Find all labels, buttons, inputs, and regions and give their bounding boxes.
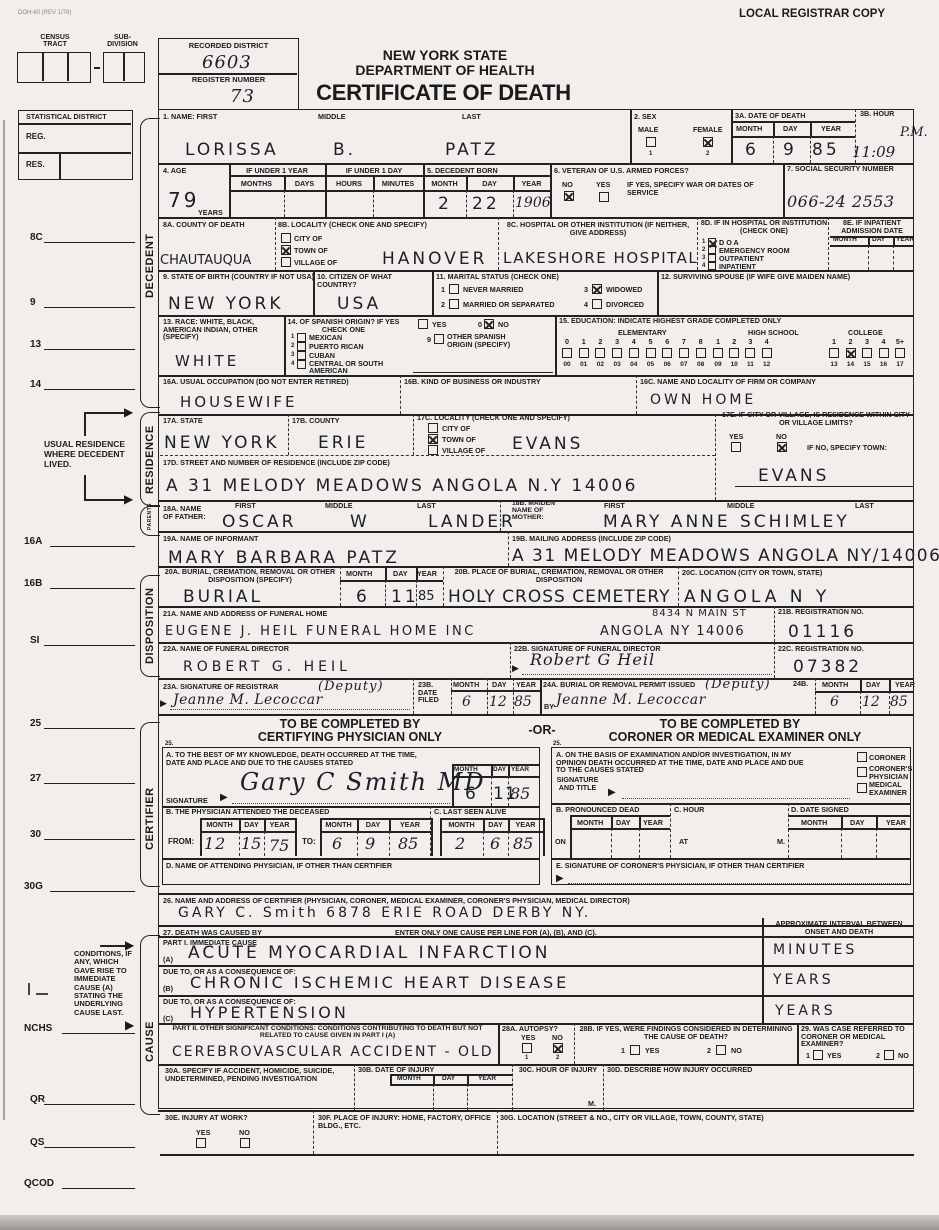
father-first[interactable]: OSCAR [222,512,296,532]
education-grade-checkbox[interactable] [662,348,672,358]
injury-description-label: 30D. DESCRIBE HOW INJURY OCCURRED [607,1066,752,1074]
education-grade-checkbox[interactable] [895,348,905,358]
pronounced-dead-label: B. PRONOUNCED DEAD [556,806,639,814]
margin-code-line[interactable] [44,242,135,243]
date-signed-label: D. DATE SIGNED [791,806,849,814]
cause-b-value[interactable]: CHRONIC ISCHEMIC HEART DISEASE [190,973,569,992]
hospital-value[interactable]: LAKESHORE HOSPITAL [503,249,698,267]
res-state-label: 17A. STATE [163,417,203,425]
coroner-physician-sig-label: E. SIGNATURE OF CORONER'S PHYSICIAN, IF … [556,862,804,870]
margin-code-label: NCHS [24,1023,52,1034]
sex-label: 2. SEX [634,113,656,121]
margin-code-line[interactable] [44,1104,135,1105]
education-grade-checkbox[interactable] [679,348,689,358]
margin-code-label: 9 [30,297,36,308]
margin-code-line[interactable] [62,1033,135,1034]
funeral-home-name[interactable]: EUGENE J. HEIL FUNERAL HOME INC [165,624,476,639]
locality-town-checkbox[interactable] [281,245,291,255]
education-grade-code: 08 [693,362,709,369]
education-grade-number: 4 [876,338,892,346]
agency-line1: NEW YORK STATE [300,48,590,62]
spanish-option-number: 1 [291,334,294,340]
education-grade-checkbox[interactable] [713,348,723,358]
margin-code-line[interactable] [44,1147,135,1148]
attended-to-day-header: DAY [357,821,389,829]
born-label: 5. DECEDENT BORN [427,167,498,175]
attended-from-day-header: DAY [239,821,264,829]
disposition-location[interactable]: ANGOLA N Y [684,587,830,607]
attended-label: B. THE PHYSICIAN ATTENDED THE DECEASED [166,808,329,816]
last-seen-day[interactable]: 6 [490,834,501,853]
arrow-right-icon: ▶ [125,938,134,952]
education-grade-checkbox[interactable] [762,348,772,358]
margin-code-line[interactable] [44,307,135,308]
disposition-method[interactable]: BURIAL [183,587,263,607]
cause-b-interval[interactable]: YEARS [773,972,834,988]
margin-code-label: QR [30,1094,45,1105]
physician-statement: A. TO THE BEST OF MY KNOWLEDGE, DEATH OC… [166,751,436,766]
veteran-no-checkbox[interactable] [564,191,574,201]
physician-title-2: CERTIFYING PHYSICIAN ONLY [250,731,450,745]
filed-day[interactable]: 12 [489,694,507,710]
res-town-checkbox[interactable] [428,434,438,444]
disposition-month[interactable]: 6 [356,587,370,607]
institution-option-checkbox[interactable] [708,238,716,246]
filed-month[interactable]: 6 [462,694,472,710]
spanish-option-checkbox[interactable] [297,333,306,342]
res-state-value[interactable]: NEW YORK [164,433,279,453]
education-grade-code: 01 [576,362,592,369]
education-label: 15. EDUCATION: INDICATE HIGHEST GRADE CO… [559,317,781,325]
year-header: YEAR [886,819,906,827]
education-grade-checkbox[interactable] [846,348,856,358]
autopsy-no-checkbox[interactable] [553,1043,563,1053]
education-college-label: COLLEGE [848,329,883,337]
death-hour-meridiem: P.M. [900,125,928,140]
res-locality-value[interactable]: EVANS [512,434,583,454]
education-grade-number: 3 [609,338,625,346]
education-grade-checkbox[interactable] [829,348,839,358]
father-last[interactable]: LANDER [428,512,516,532]
death-day[interactable]: 9 [783,140,797,160]
coroners-physician-checkbox[interactable] [857,767,867,777]
margin-code-line[interactable] [44,349,135,350]
day-header: DAY [872,237,885,244]
occupation-label: 16A. USUAL OCCUPATION (DO NOT ENTER RETI… [163,378,349,386]
father-middle[interactable]: W [350,512,370,532]
margin-code-line[interactable] [44,839,135,840]
permit-signature[interactable]: Jeanne M. Lecoccar [556,692,706,708]
spanish-option-checkbox[interactable] [297,360,306,369]
year-header: YEAR [643,819,663,827]
birth-state-value[interactable]: NEW YORK [168,294,283,314]
permit-year[interactable]: 85 [890,694,908,710]
margin-code-label: 27 [30,773,41,784]
institution-option-checkbox[interactable] [708,246,716,254]
attended-to-dash [389,831,390,856]
spanish-other-label: OTHER SPANISH ORIGIN (SPECIFY) [447,333,532,348]
margin-code-label: 30 [30,829,41,840]
margin-code-line[interactable] [44,645,135,646]
education-grade-checkbox[interactable] [646,348,656,358]
attended-from-month-header: MONTH [200,821,239,829]
village-of-label: VILLAGE OF [442,447,485,455]
death-date-label: 3A. DATE OF DEATH [735,112,805,120]
marital-never-married-checkbox[interactable] [449,284,459,294]
under-1-day-label: IF UNDER 1 DAY [325,167,423,175]
part2-label: PART II. OTHER SIGNIFICANT CONDITIONS: C… [160,1025,495,1039]
marital-widowed-checkbox[interactable] [592,284,602,294]
findings-yes-checkbox[interactable] [630,1045,640,1055]
findings-yes-label: YES [645,1047,659,1055]
mother-last[interactable]: SCHIMLEY [740,512,850,532]
sex-male-checkbox[interactable] [646,137,656,147]
education-highschool-label: HIGH SCHOOL [748,329,799,337]
physician-signature[interactable]: Gary C Smith MD [240,768,486,796]
agency-line2: DEPARTMENT OF HEALTH [300,63,590,77]
medical-examiner-checkbox[interactable] [857,783,867,793]
hours-label: HOURS [325,180,373,188]
disposition-year[interactable]: 85 [418,589,435,604]
year-header: YEAR [516,681,536,689]
day-header: DAY [466,180,513,188]
age-value[interactable]: 79 [168,188,199,212]
day-header: DAY [783,125,798,133]
attended-from-month[interactable]: 12 [204,834,226,853]
funeral-home-label: 21A. NAME AND ADDRESS OF FUNERAL HOME [163,610,327,618]
last-seen-month-header: MONTH [440,821,483,829]
firm-value[interactable]: OWN HOME [650,392,756,408]
attended-to-year-header: YEAR [389,821,431,829]
last-seen-month[interactable]: 2 [455,834,466,853]
from-label: FROM: [168,838,194,846]
death-hour[interactable]: 11:09 [852,143,895,161]
day-header: DAY [442,1076,455,1083]
education-grade-number: 5+ [892,338,908,346]
pointer-icon: ▶ [556,873,564,884]
subdivision-box[interactable] [103,52,145,83]
institution-option-checkbox[interactable] [708,254,716,262]
referred-no-checkbox[interactable] [884,1050,894,1060]
cause-a-value[interactable]: ACUTE MYOCARDIAL INFARCTION [188,943,551,963]
county-of-death-value[interactable]: CHAUTAUQUA [160,253,251,268]
spanish-option-label: MEXICAN [309,334,342,342]
informant-address[interactable]: A 31 MELODY MEADOWS ANGOLA NY/14006 [512,546,939,566]
registrar-label: 23A. SIGNATURE OF REGISTRAR [163,683,278,691]
res-city-checkbox[interactable] [428,423,438,433]
mother-last-label: LAST [855,502,874,510]
day-header: DAY [866,681,881,689]
injury-work-yes-label: YES [196,1129,210,1137]
mother-first-label: FIRST [604,502,625,510]
education-grade-code: 15 [859,362,875,369]
accident-label: 30A. SPECIFY IF ACCIDENT, HOMICIDE, SUIC… [165,1067,345,1082]
education-grade-number: 2 [843,338,859,346]
education-grade-checkbox[interactable] [729,348,739,358]
death-month[interactable]: 6 [745,140,759,160]
cause-c-interval[interactable]: YEARS [775,1003,836,1019]
education-grade-checkbox[interactable] [629,348,639,358]
spanish-option-number: 2 [291,343,294,349]
year-header: YEAR [821,125,841,133]
margin-code-line[interactable] [50,546,135,547]
findings-label: 28B. IF YES, WERE FINDINGS CONSIDERED IN… [577,1025,795,1040]
attended-to-right-line [431,818,433,856]
month-header: MONTH [736,125,762,133]
at-label: AT [679,838,688,846]
mother-label: 18B. MAIDEN NAME OF MOTHER: [512,500,557,521]
res-limits-no-label: NO [776,433,787,441]
form-title: CERTIFICATE OF DEATH [296,82,591,104]
attending-physician-label: D. NAME OF ATTENDING PHYSICIAN, IF OTHER… [166,862,392,870]
cause-a-interval[interactable]: MINUTES [773,942,857,958]
conditions-note: CONDITIONS, IF ANY, WHICH GAVE RISE TO I… [74,950,134,1017]
institution-option-checkbox[interactable] [708,262,716,270]
locality-city-checkbox[interactable] [281,233,291,243]
education-grade-code: 16 [876,362,892,369]
race-value[interactable]: WHITE [175,352,239,370]
permit-note: (Deputy) [705,677,771,692]
margin-code-label: 8C [30,232,43,243]
autopsy-no-label: NO [552,1034,563,1042]
registrar-signature[interactable]: Jeanne M. Lecoccar [173,692,323,708]
margin-code-label: 30G [24,881,43,892]
death-year[interactable]: 85 [812,140,840,160]
spouse-label: 12. SURVIVING SPOUSE (IF WIFE GIVE MAIDE… [661,273,850,281]
months-label: MONTHS [229,180,284,188]
spanish-no-checkbox[interactable] [484,319,494,329]
under-1-year-label: IF UNDER 1 YEAR [229,167,325,175]
father-label: 18A. NAME OF FATHER: [163,505,208,520]
cause-b-letter: (B) [163,985,173,993]
last-seen-right-line [543,818,545,856]
education-grade-checkbox[interactable] [595,348,605,358]
cause-c-value[interactable]: HYPERTENSION [190,1003,349,1022]
spanish-other-checkbox[interactable] [434,334,444,344]
margin-code-label: 14 [30,379,41,390]
occupation-value[interactable]: HOUSEWIFE [180,393,297,411]
coroner-hour-label: C. HOUR [674,806,704,814]
filed-year[interactable]: 85 [514,694,532,710]
decedent-last-name[interactable]: PATZ [445,140,499,160]
coroner-checkbox[interactable] [857,752,867,762]
city-of-label: CITY OF [294,235,322,243]
res-locality-label: 17C. LOCALITY (CHECK ONE AND SPECIFY) [417,414,570,422]
last-seen-day-header: DAY [483,821,508,829]
disposition-location-label: 20C. LOCATION (CITY OR TOWN, STATE) [682,569,822,577]
or-label: -OR- [517,723,567,737]
mother-first[interactable]: MARY ANNE [603,512,731,532]
certifier-section-label: CERTIFIER [144,787,156,850]
funeral-director-label: 22A. NAME OF FUNERAL DIRECTOR [163,645,289,653]
attended-to-mid-line [320,831,431,833]
education-grade-number: 1 [826,338,842,346]
year-header: YEAR [513,180,550,188]
education-grade-code: 05 [643,362,659,369]
cert-sig-year[interactable]: 85 [510,784,530,803]
copy-label: LOCAL REGISTRAR COPY [739,8,885,20]
month-header: MONTH [577,819,603,827]
res-limits-no-checkbox[interactable] [777,442,787,452]
education-grade-checkbox[interactable] [696,348,706,358]
specify-town-value[interactable]: EVANS [758,466,829,486]
res-village-checkbox[interactable] [428,445,438,455]
education-grade-code: 10 [726,362,742,369]
injury-place-label: 30F. PLACE OF INJURY: HOME, FACTORY, OFF… [318,1114,493,1129]
marital-widowed-label: WIDOWED [606,286,642,294]
register-number-value: 73 [230,86,255,107]
certifier-address[interactable]: GARY C. Smith 6878 ERIE ROAD DERBY NY. [178,905,591,921]
margin-code-line[interactable] [50,588,135,589]
attended-to-month[interactable]: 6 [332,834,343,853]
veteran-no-label: NO [562,181,573,189]
res-limits-yes-checkbox[interactable] [731,442,741,452]
spanish-yes-checkbox[interactable] [418,319,428,329]
day-header: DAY [493,767,506,774]
education-grade-checkbox[interactable] [579,348,589,358]
scan-edge [3,120,5,1120]
injury-location-label: 30G. LOCATION (STREET & NO., CITY OR VIL… [500,1114,764,1122]
attended-to-day[interactable]: 9 [365,834,376,853]
education-grade-code: 02 [592,362,608,369]
funeral-director-signature[interactable]: Robert G Heil [530,650,655,669]
cause-section-label: CAUSE [144,1021,156,1062]
margin-code-line[interactable] [50,891,135,892]
decedent-first-name[interactable]: LORISSA [185,140,279,160]
margin-code-label: QS [30,1137,44,1148]
spanish-option-checkbox[interactable] [297,351,306,360]
spanish-option-label: CENTRAL OR SOUTH AMERICAN [309,361,399,375]
marital-divorced-checkbox[interactable] [592,299,602,309]
spanish-yes-label: YES [432,321,446,329]
father-middle-label: MIDDLE [325,502,353,510]
coroners-physician-option-label: CORONER'S PHYSICIAN [869,765,913,780]
education-grade-number: 4 [626,338,642,346]
permit-month[interactable]: 6 [830,694,840,710]
month-header: MONTH [423,180,466,188]
veteran-yes-checkbox[interactable] [599,192,609,202]
autopsy-yes-checkbox[interactable] [522,1043,532,1053]
locality-value[interactable]: HANOVER [382,249,487,269]
findings-no-checkbox[interactable] [716,1045,726,1055]
locality-village-checkbox[interactable] [281,257,291,267]
m-label: M. [588,1100,596,1108]
subdivision-label: SUB- DIVISION [100,34,145,49]
part2-value[interactable]: CEREBROVASCULAR ACCIDENT - OLD [172,1044,494,1060]
spanish-option-label: PUERTO RICAN [309,343,364,351]
education-grade-checkbox[interactable] [862,348,872,358]
res-label: RES. [26,161,45,169]
hour-label: 3B. HOUR [860,110,894,118]
injury-work-yes-checkbox[interactable] [196,1138,206,1148]
referred-yes-checkbox[interactable] [813,1050,823,1060]
mother-middle-label: MIDDLE [727,502,755,510]
referred-yes-label: YES [827,1052,841,1060]
margin-code-line[interactable] [44,783,135,784]
attended-to-month-header: MONTH [320,821,357,829]
year-header: YEAR [478,1076,496,1083]
spanish-option-number: 4 [291,361,294,367]
institution-option-label: INPATIENT [719,263,756,271]
permit-day[interactable]: 12 [862,694,880,710]
informant-name[interactable]: MARY BARBARA PATZ [168,548,400,568]
census-tract-box[interactable] [17,52,91,83]
res-street-value[interactable]: A 31 MELODY MEADOWS ANGOLA N.Y 14006 [166,476,638,496]
disposition-section-label: DISPOSITION [144,588,156,664]
director-reg-label: 22C. REGISTRATION NO. [778,645,864,653]
education-grade-code: 13 [826,362,842,369]
birth-state-label: 9. STATE OF BIRTH (COUNTRY IF NOT USA) [163,273,314,281]
director-reg-value[interactable]: 07382 [793,657,862,677]
ssn-value[interactable]: 066-24 2553 [787,192,895,211]
spanish-option-checkbox[interactable] [297,342,306,351]
recorded-district-label: RECORDED DISTRICT [158,42,299,50]
m-label: M. [777,838,785,846]
middle-label: MIDDLE [318,113,346,121]
education-grade-number: 2 [726,338,742,346]
arrow-right-icon: ▶ [125,1018,134,1032]
findings-no-label: NO [731,1047,742,1055]
funeral-home-city[interactable]: ANGOLA NY 14006 [600,624,745,639]
year-header: YEAR [511,767,529,774]
attended-from-year[interactable]: 75 [269,836,289,855]
education-grade-checkbox[interactable] [562,348,572,358]
margin-code-line[interactable] [44,728,135,729]
education-grade-checkbox[interactable] [879,348,889,358]
disposition-day[interactable]: 11 [391,587,419,607]
funeral-reg-value[interactable]: 01116 [788,622,857,642]
age-label: 4. AGE [163,167,186,175]
born-month[interactable]: 2 [438,194,452,214]
on-label: ON [555,838,566,846]
education-grade-code: 00 [559,362,575,369]
attended-to-year[interactable]: 85 [398,834,418,853]
education-grade-checkbox[interactable] [745,348,755,358]
institution-option-number: 4 [702,263,705,269]
disposition-place[interactable]: HOLY CROSS CEMETERY [448,587,670,607]
month-header: MONTH [453,681,479,689]
marital-married-checkbox[interactable] [449,299,459,309]
coroner-statement: A. ON THE BASIS OF EXAMINATION AND/OR IN… [556,751,806,774]
funeral-director-name[interactable]: ROBERT G. HEIL [183,659,351,675]
citizen-value[interactable]: USA [337,294,381,314]
disposition-method-label: 20A. BURIAL, CREMATION, REMOVAL OR OTHER… [160,568,340,583]
attended-from-day[interactable]: 15 [241,834,261,853]
decedent-middle-name[interactable]: B. [333,140,356,160]
signature-title-label: SIGNATURE AND TITLE [555,776,600,791]
funeral-home-street[interactable]: 8434 N MAIN ST [652,608,747,619]
born-year[interactable]: 1906 [515,195,551,211]
sex-female-checkbox[interactable] [703,137,713,147]
res-county-value[interactable]: ERIE [318,433,368,453]
born-day[interactable]: 22 [472,194,500,214]
margin-code-label: 25 [30,718,41,729]
education-grade-checkbox[interactable] [612,348,622,358]
day-header: DAY [616,819,631,827]
res-limits-label: 17E. IF CITY OR VILLAGE, IS RESIDENCE WI… [718,411,914,426]
margin-code-label: QCOD [24,1178,54,1189]
education-grade-number: 3 [859,338,875,346]
last-seen-year[interactable]: 85 [513,834,533,853]
war-label: IF YES, SPECIFY WAR OR DATES OF SERVICE [627,181,777,196]
male-label: MALE [638,126,658,134]
margin-code-line[interactable] [44,389,135,390]
decedent-section-label: DECEDENT [144,233,156,298]
attended-from-dash [239,831,240,856]
scan-bottom-shadow [0,1215,939,1230]
injury-work-no-checkbox[interactable] [240,1138,250,1148]
margin-code-line[interactable] [62,1188,135,1189]
